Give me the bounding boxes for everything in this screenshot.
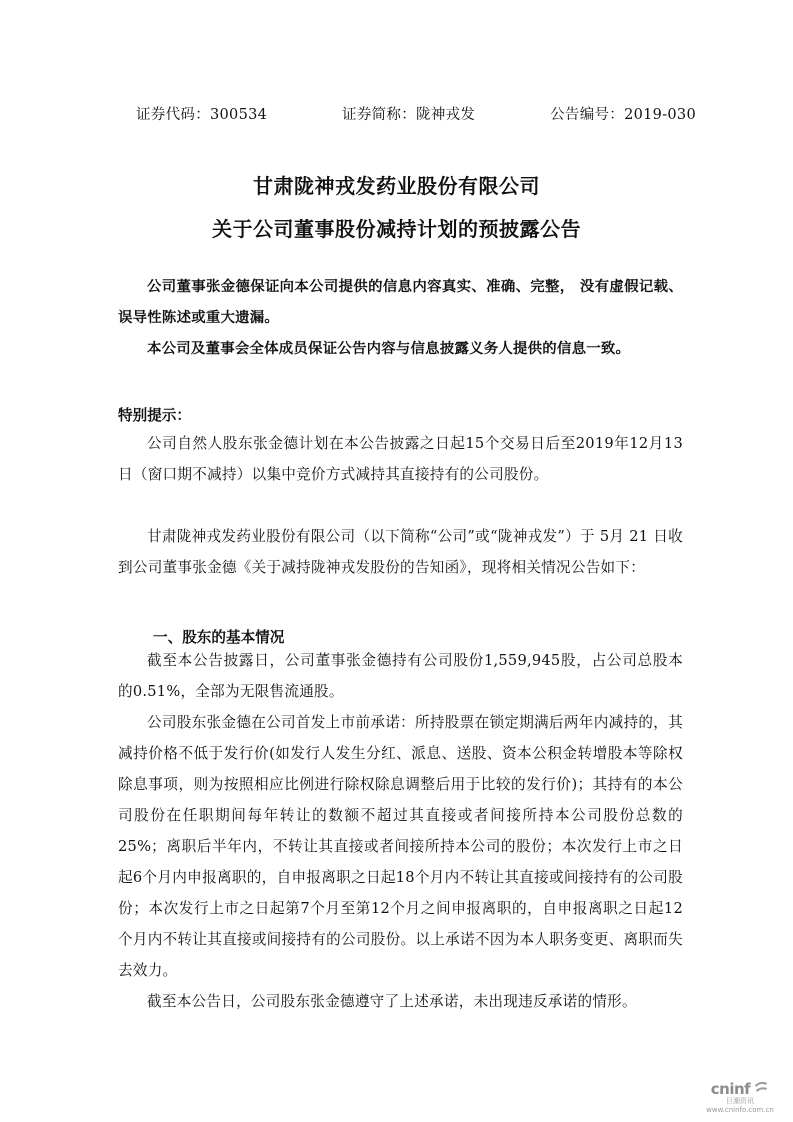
- company-title: 甘肃陇神戎发药业股份有限公司: [0, 170, 793, 199]
- board-guarantee-statement: 本公司及董事会全体成员保证公告内容与信息披露义务人提供的信息一致。: [118, 334, 683, 365]
- commitment-paragraph: 公司股东张金德在公司首发上市前承诺：所持股票在锁定期满后两年内减持的，其减持价格…: [118, 707, 683, 986]
- cninfo-logo-icon: [753, 1079, 769, 1098]
- intro-paragraph: 甘肃陇神戎发药业股份有限公司（以下简称“公司”或“陇神戎发”）于 5月 21 日…: [118, 521, 683, 583]
- cninfo-watermark: cninf 巨潮资讯 www.cninfo.com.cn: [695, 1079, 785, 1114]
- compliance-paragraph: 截至本公告日，公司股东张金德遵守了上述承诺，未出现违反承诺的情形。: [118, 986, 683, 1017]
- shareholding-paragraph: 截至本公告披露日，公司董事张金德持有公司股份1,559,945股，占公司总股本的…: [118, 645, 683, 707]
- special-notice-heading: 特别提示：: [118, 404, 191, 425]
- announcement-title: 关于公司董事股份减持计划的预披露公告: [0, 213, 793, 242]
- director-guarantee-statement: 公司董事张金德保证向本公司提供的信息内容真实、准确、完整， 没有虚假记载、误导性…: [118, 272, 683, 334]
- section-1-heading: 一、股东的基本情况: [153, 626, 284, 647]
- special-notice-text: 公司自然人股东张金德计划在本公告披露之日起15个交易日后至2019年12月13日…: [118, 428, 683, 490]
- watermark-brand: cninf: [711, 1080, 750, 1098]
- watermark-url: www.cninfo.com.cn: [695, 1106, 785, 1114]
- stock-short-name: 证券简称：陇神戎发: [342, 103, 475, 124]
- announcement-number: 公告编号：2019-030: [550, 103, 696, 124]
- document-header: 证券代码：300534 证券简称：陇神戎发 公告编号：2019-030: [136, 103, 696, 124]
- watermark-cn-name: 巨潮资讯: [695, 1096, 785, 1106]
- stock-code: 证券代码：300534: [136, 103, 267, 124]
